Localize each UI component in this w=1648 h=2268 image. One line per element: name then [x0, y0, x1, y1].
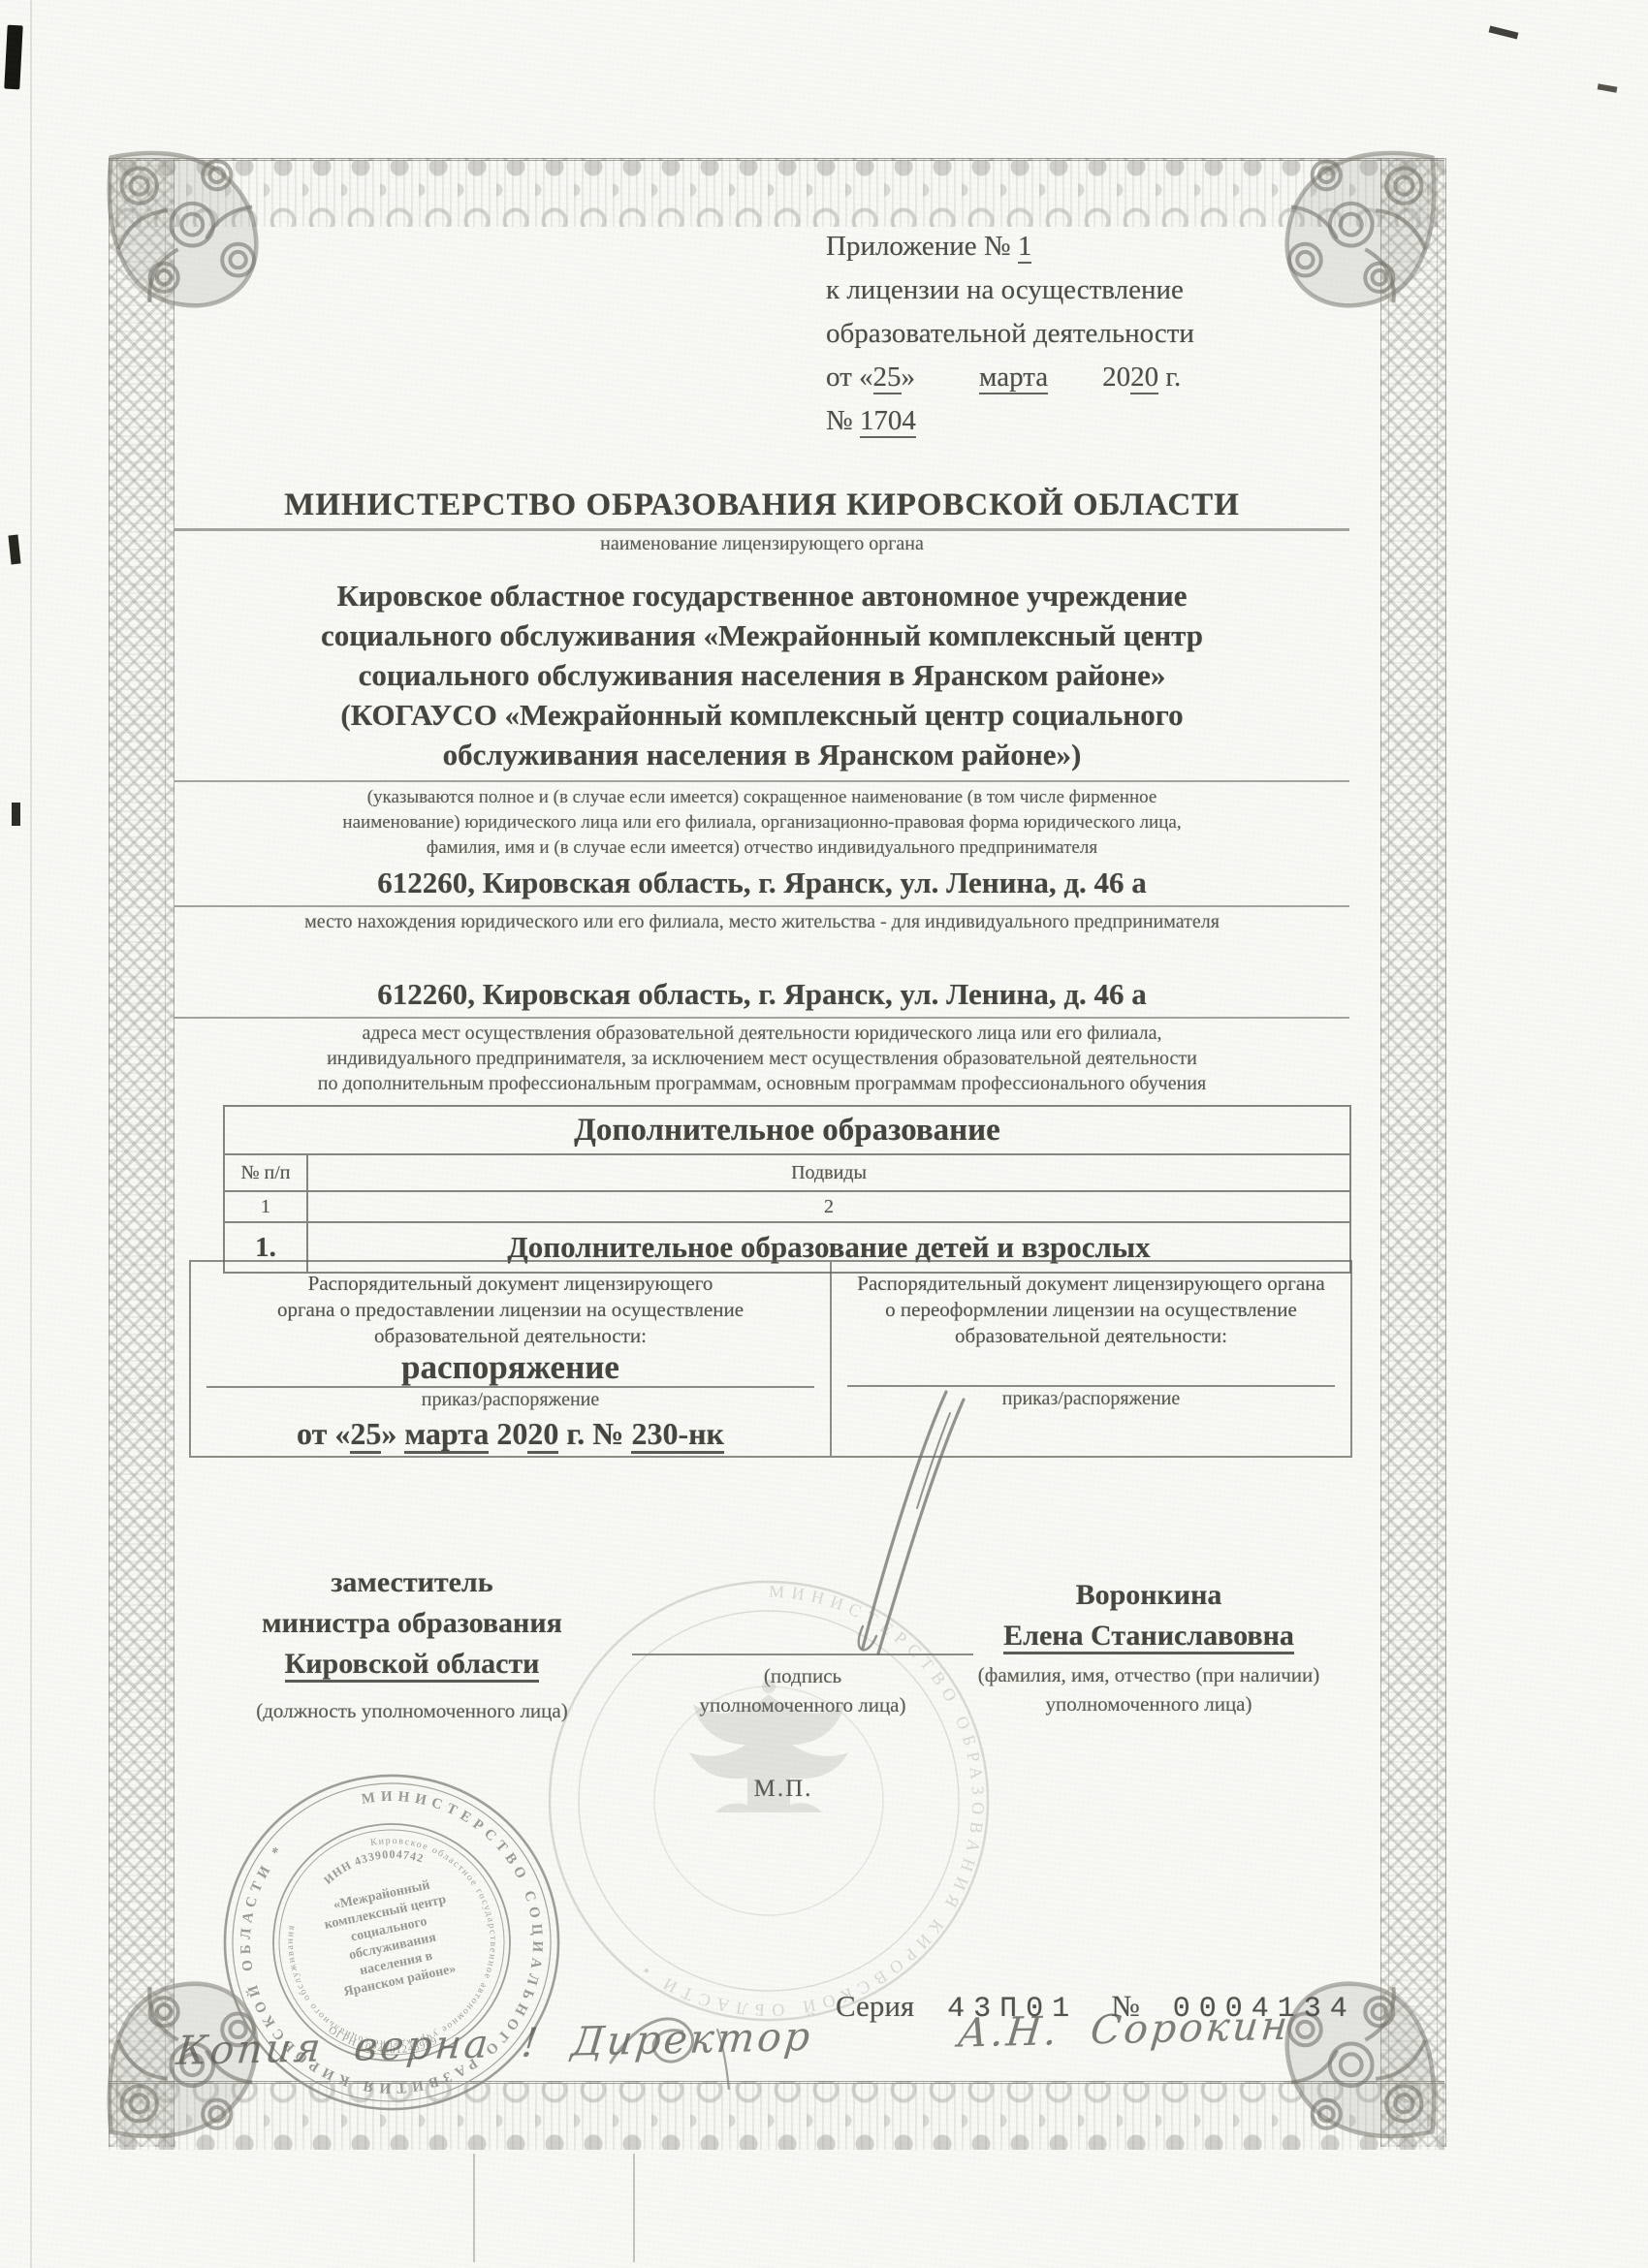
- scan-line-artifact: [473, 2154, 475, 2262]
- scan-mark: [1489, 25, 1519, 39]
- license-line-2: образовательной деятельности: [826, 312, 1349, 356]
- order-doc-type: распоряжение: [191, 1350, 830, 1385]
- license-date-line: от «25»марта2020 г.: [826, 356, 1349, 399]
- scan-mark: [1598, 83, 1618, 92]
- scan-edge-line: [30, 0, 32, 2268]
- appendix-number-line: Приложение № 1: [826, 225, 1349, 268]
- license-number-line: № 1704: [826, 399, 1349, 443]
- organization-block: Кировское областное государственное авто…: [174, 576, 1349, 861]
- education-table: Дополнительное образование № п/п Подвиды…: [223, 1105, 1351, 1274]
- signatory-region: Кировской области: [285, 1648, 540, 1683]
- legal-address-caption: место нахождения юридического или его фи…: [174, 909, 1349, 934]
- table-col1-index: 1: [225, 1190, 306, 1221]
- legal-address-block: 612260, Кировская область, г. Яранск, ул…: [174, 866, 1349, 934]
- scan-line-artifact: [633, 2154, 635, 2262]
- order-rule-line: [206, 1386, 814, 1388]
- scan-mark: [8, 535, 20, 565]
- order-line-caption: приказ/распоряжение: [191, 1389, 830, 1411]
- scan-mark: [4, 25, 22, 90]
- frame-top-border: [109, 158, 1444, 227]
- handwritten-initials: А.Н. Сорокин: [956, 2002, 1293, 2057]
- handwritten-flourish: [601, 2002, 766, 2090]
- activity-address-caption: адреса мест осуществления образовательно…: [174, 1021, 1349, 1096]
- license-appendix-document: Приложение № 1 к лицензии на осуществлен…: [0, 0, 1648, 2268]
- organization-caption: (указываются полное и (в случае если име…: [174, 785, 1349, 861]
- frame-right-border: [1380, 158, 1446, 2147]
- scan-mark: [12, 803, 20, 826]
- ministry-seal-faint: МИНИСТЕРСТВО ОБРАЗОВАНИЯ КИРОВСКОЙ ОБЛАС…: [536, 1568, 1001, 2033]
- table-col2-index: 2: [306, 1190, 1349, 1221]
- orders-section: Распорядительный документ лицензирующего…: [189, 1260, 1352, 1458]
- table-col2-header: Подвиды: [306, 1153, 1349, 1190]
- svg-text:МИНИСТЕРСТВО ОБРАЗОВАНИЯ КИРОВ: МИНИСТЕРСТВО ОБРАЗОВАНИЯ КИРОВСКОЙ ОБЛАС…: [633, 1582, 989, 2020]
- table-col1-header: № п/п: [225, 1153, 306, 1190]
- organization-name: Кировское областное государственное авто…: [174, 576, 1349, 782]
- order-grant-cell: Распорядительный документ лицензирующего…: [191, 1262, 832, 1456]
- table-title: Дополнительное образование: [225, 1107, 1349, 1153]
- ministry-heading-block: МИНИСТЕРСТВО ОБРАЗОВАНИЯ КИРОВСКОЙ ОБЛАС…: [174, 488, 1349, 555]
- activity-address-block: 612260, Кировская область, г. Яранск, ул…: [174, 977, 1349, 1096]
- ministry-title: МИНИСТЕРСТВО ОБРАЗОВАНИЯ КИРОВСКОЙ ОБЛАС…: [174, 488, 1349, 531]
- appendix-header: Приложение № 1 к лицензии на осуществлен…: [826, 225, 1349, 443]
- activity-address: 612260, Кировская область, г. Яранск, ул…: [174, 977, 1349, 1019]
- ministry-caption: наименование лицензирующего органа: [174, 533, 1349, 555]
- frame-left-border: [109, 158, 174, 2147]
- corner-ornament-icon: [97, 143, 273, 320]
- legal-address: 612260, Кировская область, г. Яранск, ул…: [174, 866, 1349, 907]
- license-line-1: к лицензии на осуществление: [826, 268, 1349, 312]
- order-details: от «25» марта 2020 г. № 230-нк: [191, 1416, 830, 1452]
- signatory-full-name: Елена Станиславовна: [1003, 1620, 1294, 1654]
